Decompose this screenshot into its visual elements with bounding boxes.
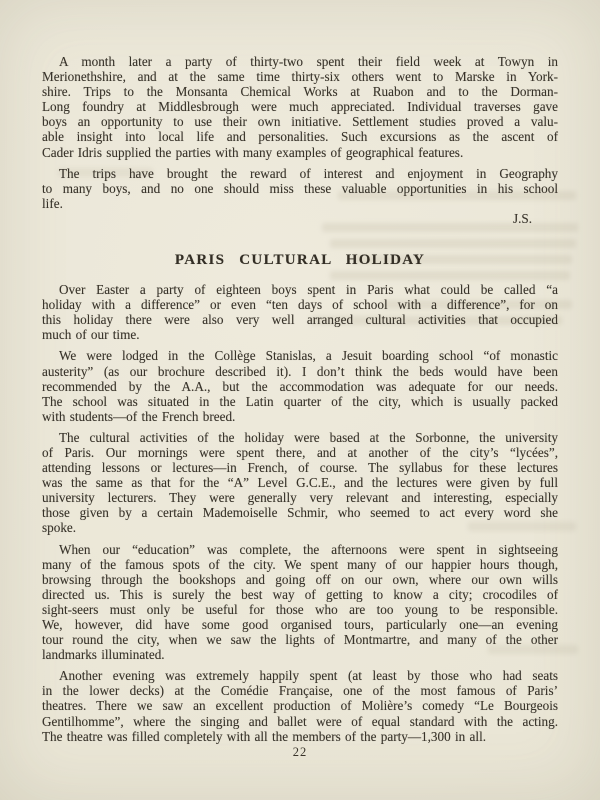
paragraph: We were lodged in the Collège Stanislas,… <box>42 348 558 423</box>
text-line: The cultural activities of the holiday w… <box>42 430 558 445</box>
text-line: in the lower decks) at the Comédie Franç… <box>42 683 558 698</box>
text-line: boys an opportunity to use their own ini… <box>42 114 558 129</box>
text-line: Merionethshire, and at the same time thi… <box>42 69 558 84</box>
text-line: The theatre was filled completely with a… <box>42 729 558 744</box>
scanned-book-page: A month later a party of thirty-two spen… <box>0 0 600 800</box>
text-line: The school was situated in the Latin qua… <box>42 394 558 409</box>
text-line: landmarks illuminated. <box>42 647 558 662</box>
text-line: was the same as that for the “A” Level G… <box>42 475 558 490</box>
text-line: A month later a party of thirty-two spen… <box>42 54 558 69</box>
page-number: 22 <box>0 745 600 760</box>
text-line: Over Easter a party of eighteen boys spe… <box>42 282 558 297</box>
text-line: We were lodged in the Collège Stanislas,… <box>42 348 558 363</box>
paragraph: Over Easter a party of eighteen boys spe… <box>42 282 558 342</box>
paragraph: A month later a party of thirty-two spen… <box>42 54 558 160</box>
text-line: to many boys, and no one should miss the… <box>42 181 558 196</box>
text-line: We, however, did have some good organise… <box>42 617 558 632</box>
text-line: sight-seers must only be useful for thos… <box>42 602 558 617</box>
text-line: university lecturers. They were generall… <box>42 490 558 505</box>
text-line: of Paris. Our mornings were spent there,… <box>42 445 558 460</box>
text-line: able insight into local life and persona… <box>42 129 558 144</box>
page-content: A month later a party of thirty-two spen… <box>42 54 558 750</box>
text-line: directed us. This is surely the best way… <box>42 587 558 602</box>
text-line: shire. Trips to the Monsanta Chemical Wo… <box>42 84 558 99</box>
paragraph: When our “education” was complete, the a… <box>42 542 558 663</box>
text-line: attending lessons or lectures—in French,… <box>42 460 558 475</box>
text-line: much of our time. <box>42 327 558 342</box>
text-line: austerity” (as our brochure described it… <box>42 364 558 379</box>
text-line: Gentilhomme”, where the singing and ball… <box>42 714 558 729</box>
author-initials: J.S. <box>42 211 558 226</box>
text-line: theatres. There we saw an excellent prod… <box>42 698 558 713</box>
text-line: holiday with a difference” or even “ten … <box>42 297 558 312</box>
paragraph: Another evening was extremely happily sp… <box>42 668 558 743</box>
text-line: spoke. <box>42 520 558 535</box>
text-line: life. <box>42 196 558 211</box>
paragraph: The trips have brought the reward of int… <box>42 166 558 211</box>
paragraph: The cultural activities of the holiday w… <box>42 430 558 536</box>
article-title: PARIS CULTURAL HOLIDAY <box>42 252 558 268</box>
text-line: this holiday there were also very well a… <box>42 312 558 327</box>
text-line: many of the famous spots of the city. We… <box>42 557 558 572</box>
text-line: When our “education” was complete, the a… <box>42 542 558 557</box>
text-line: Long foundry at Middlesbrough were much … <box>42 99 558 114</box>
text-line: The trips have brought the reward of int… <box>42 166 558 181</box>
text-line: those given by a certain Mademoiselle Sc… <box>42 505 558 520</box>
text-line: Another evening was extremely happily sp… <box>42 668 558 683</box>
text-line: with students—of the French breed. <box>42 409 558 424</box>
text-line: tour round the city, when we saw the lig… <box>42 632 558 647</box>
text-line: browsing through the bookshops and going… <box>42 572 558 587</box>
text-line: recommended by the A.A., but the accommo… <box>42 379 558 394</box>
text-line: Cader Idris supplied the parties with ma… <box>42 145 558 160</box>
